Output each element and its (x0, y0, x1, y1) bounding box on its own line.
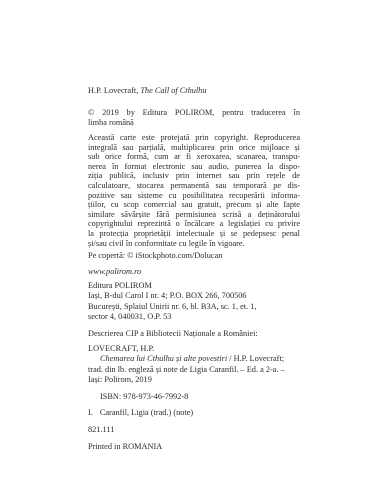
publisher-address-line: sector 4, 040031, O.P. 53 (88, 312, 300, 322)
rights-line: și/sau civil în conformitate cu legile î… (88, 239, 300, 249)
cover-credit: Pe copertă: © iStockphoto.com/Dolucan (88, 251, 300, 261)
index-label: I. (88, 408, 93, 417)
rights-line: pozitive sau sisteme cu posibilitatea re… (88, 191, 300, 201)
rights-line: ziția publică, inclusiv prin internet sa… (88, 171, 300, 181)
rights-line: integrală sau parțială, multiplicarea pr… (88, 143, 300, 153)
udc-code: 821.111 (88, 425, 300, 435)
rights-line: la protecția proprietății intelectuale ș… (88, 229, 300, 239)
cip-index-entry: I.Caranfil, Ligia (trad.) (note) (88, 408, 300, 418)
cip-title-suffix: / H.P. Lovecraft; (227, 354, 284, 363)
rights-line: Această carte este protejată prin copyri… (88, 133, 300, 143)
publisher-address-line: Iași, B-dul Carol I nr. 4; P.O. BOX 266,… (88, 291, 300, 301)
translated-title: Chemarea lui Cthulhu și alte povestiri (100, 354, 227, 363)
copyright-line: limba română (88, 118, 300, 128)
cip-author: LOVECRAFT, H.P. (88, 344, 300, 354)
rights-line: nerea în format electronic sau audio, pu… (88, 162, 300, 172)
original-title: The Call of Cthulhu (140, 86, 206, 95)
publisher-name: Editura POLIROM (88, 281, 300, 291)
rights-notice-paragraph: Această carte este protejată prin copyri… (88, 133, 300, 248)
rights-line: similare săvârșite fără permisiunea scri… (88, 210, 300, 220)
cip-title-line: Chemarea lui Cthulhu și alte povestiri /… (88, 354, 300, 364)
printed-in-note: Printed in ROMANIA (88, 442, 300, 452)
translation-copyright: © 2019 by Editura POLIROM, pentru traduc… (88, 108, 300, 129)
publisher-website: www.polirom.ro (88, 267, 300, 277)
copyright-line: © 2019 by Editura POLIROM, pentru traduc… (88, 108, 300, 118)
cip-detail-line: trad. din lb. engleză și note de Ligia C… (88, 365, 300, 375)
author-name: H.P. Lovecraft, (88, 86, 140, 95)
cip-heading: Descrierea CIP a Bibliotecii Naționale a… (88, 329, 300, 339)
publisher-address-line: București, Splaiul Unirii nr. 6, bl. B3A… (88, 302, 300, 312)
rights-line: calculatoare, stocarea permanentă sau te… (88, 181, 300, 191)
rights-line: țiilor, cu scop comercial sau gratuit, p… (88, 200, 300, 210)
index-text: Caranfil, Ligia (trad.) (note) (100, 408, 193, 417)
rights-line: sub orice formă, cum ar fi xeroxarea, sc… (88, 152, 300, 162)
cip-detail-line: Iași: Polirom, 2019 (88, 375, 300, 385)
book-copyright-page: H.P. Lovecraft, The Call of Cthulhu © 20… (0, 0, 381, 492)
book-title-line: H.P. Lovecraft, The Call of Cthulhu (88, 86, 300, 96)
isbn: ISBN: 978-973-46-7992-8 (88, 392, 312, 402)
publisher-address: Editura POLIROM Iași, B-dul Carol I nr. … (88, 281, 300, 322)
rights-line: copyrightului reprezintă o încălcare a l… (88, 219, 300, 229)
cip-record: LOVECRAFT, H.P. Chemarea lui Cthulhu și … (88, 344, 300, 386)
